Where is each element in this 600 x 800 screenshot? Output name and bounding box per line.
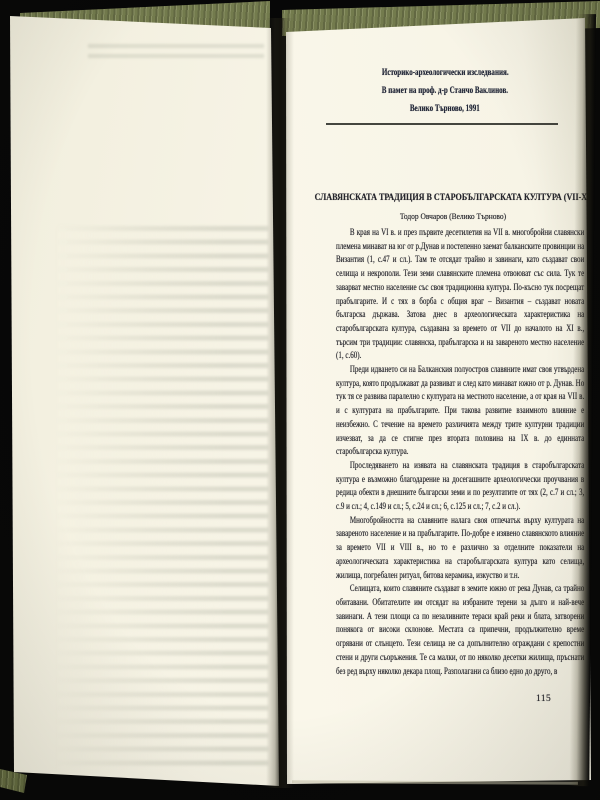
series-header-line3: Велико Търново, 1991 [295, 99, 595, 117]
gutter-shadow [266, 18, 294, 788]
paragraph: Многобройността на славяните налага своя… [336, 514, 584, 583]
article-body: В края на VI в. и през първите десетилет… [336, 226, 584, 678]
series-header: Историко-археологически изследвания. В п… [295, 63, 595, 117]
series-header-line2: В памет на проф. д-р Станчо Ваклинов. [295, 81, 595, 99]
page-number: 115 [536, 694, 551, 704]
paragraph: Проследяването на изявата на славянската… [336, 459, 584, 514]
article-title: СЛАВЯНСКАТА ТРАДИЦИЯ В СТАРОБЪЛГАРСКАТА … [299, 187, 600, 205]
ghost-header-text [88, 44, 264, 60]
book-scan: Историко-археологически изследвания. В п… [0, 0, 600, 800]
ghost-body-text [58, 226, 268, 771]
paragraph: Преди идването си на Балканския полуостр… [336, 363, 584, 459]
paragraph: В края на VI в. и през първите десетилет… [336, 226, 584, 363]
page-stack-edge [292, 780, 578, 784]
series-header-line1: Историко-археологически изследвания. [295, 63, 595, 81]
article-author: Тодор Овчаров (Велико Търново) [390, 206, 515, 224]
paragraph: Селищата, които славяните създават в зем… [336, 582, 584, 678]
header-divider [326, 123, 558, 125]
